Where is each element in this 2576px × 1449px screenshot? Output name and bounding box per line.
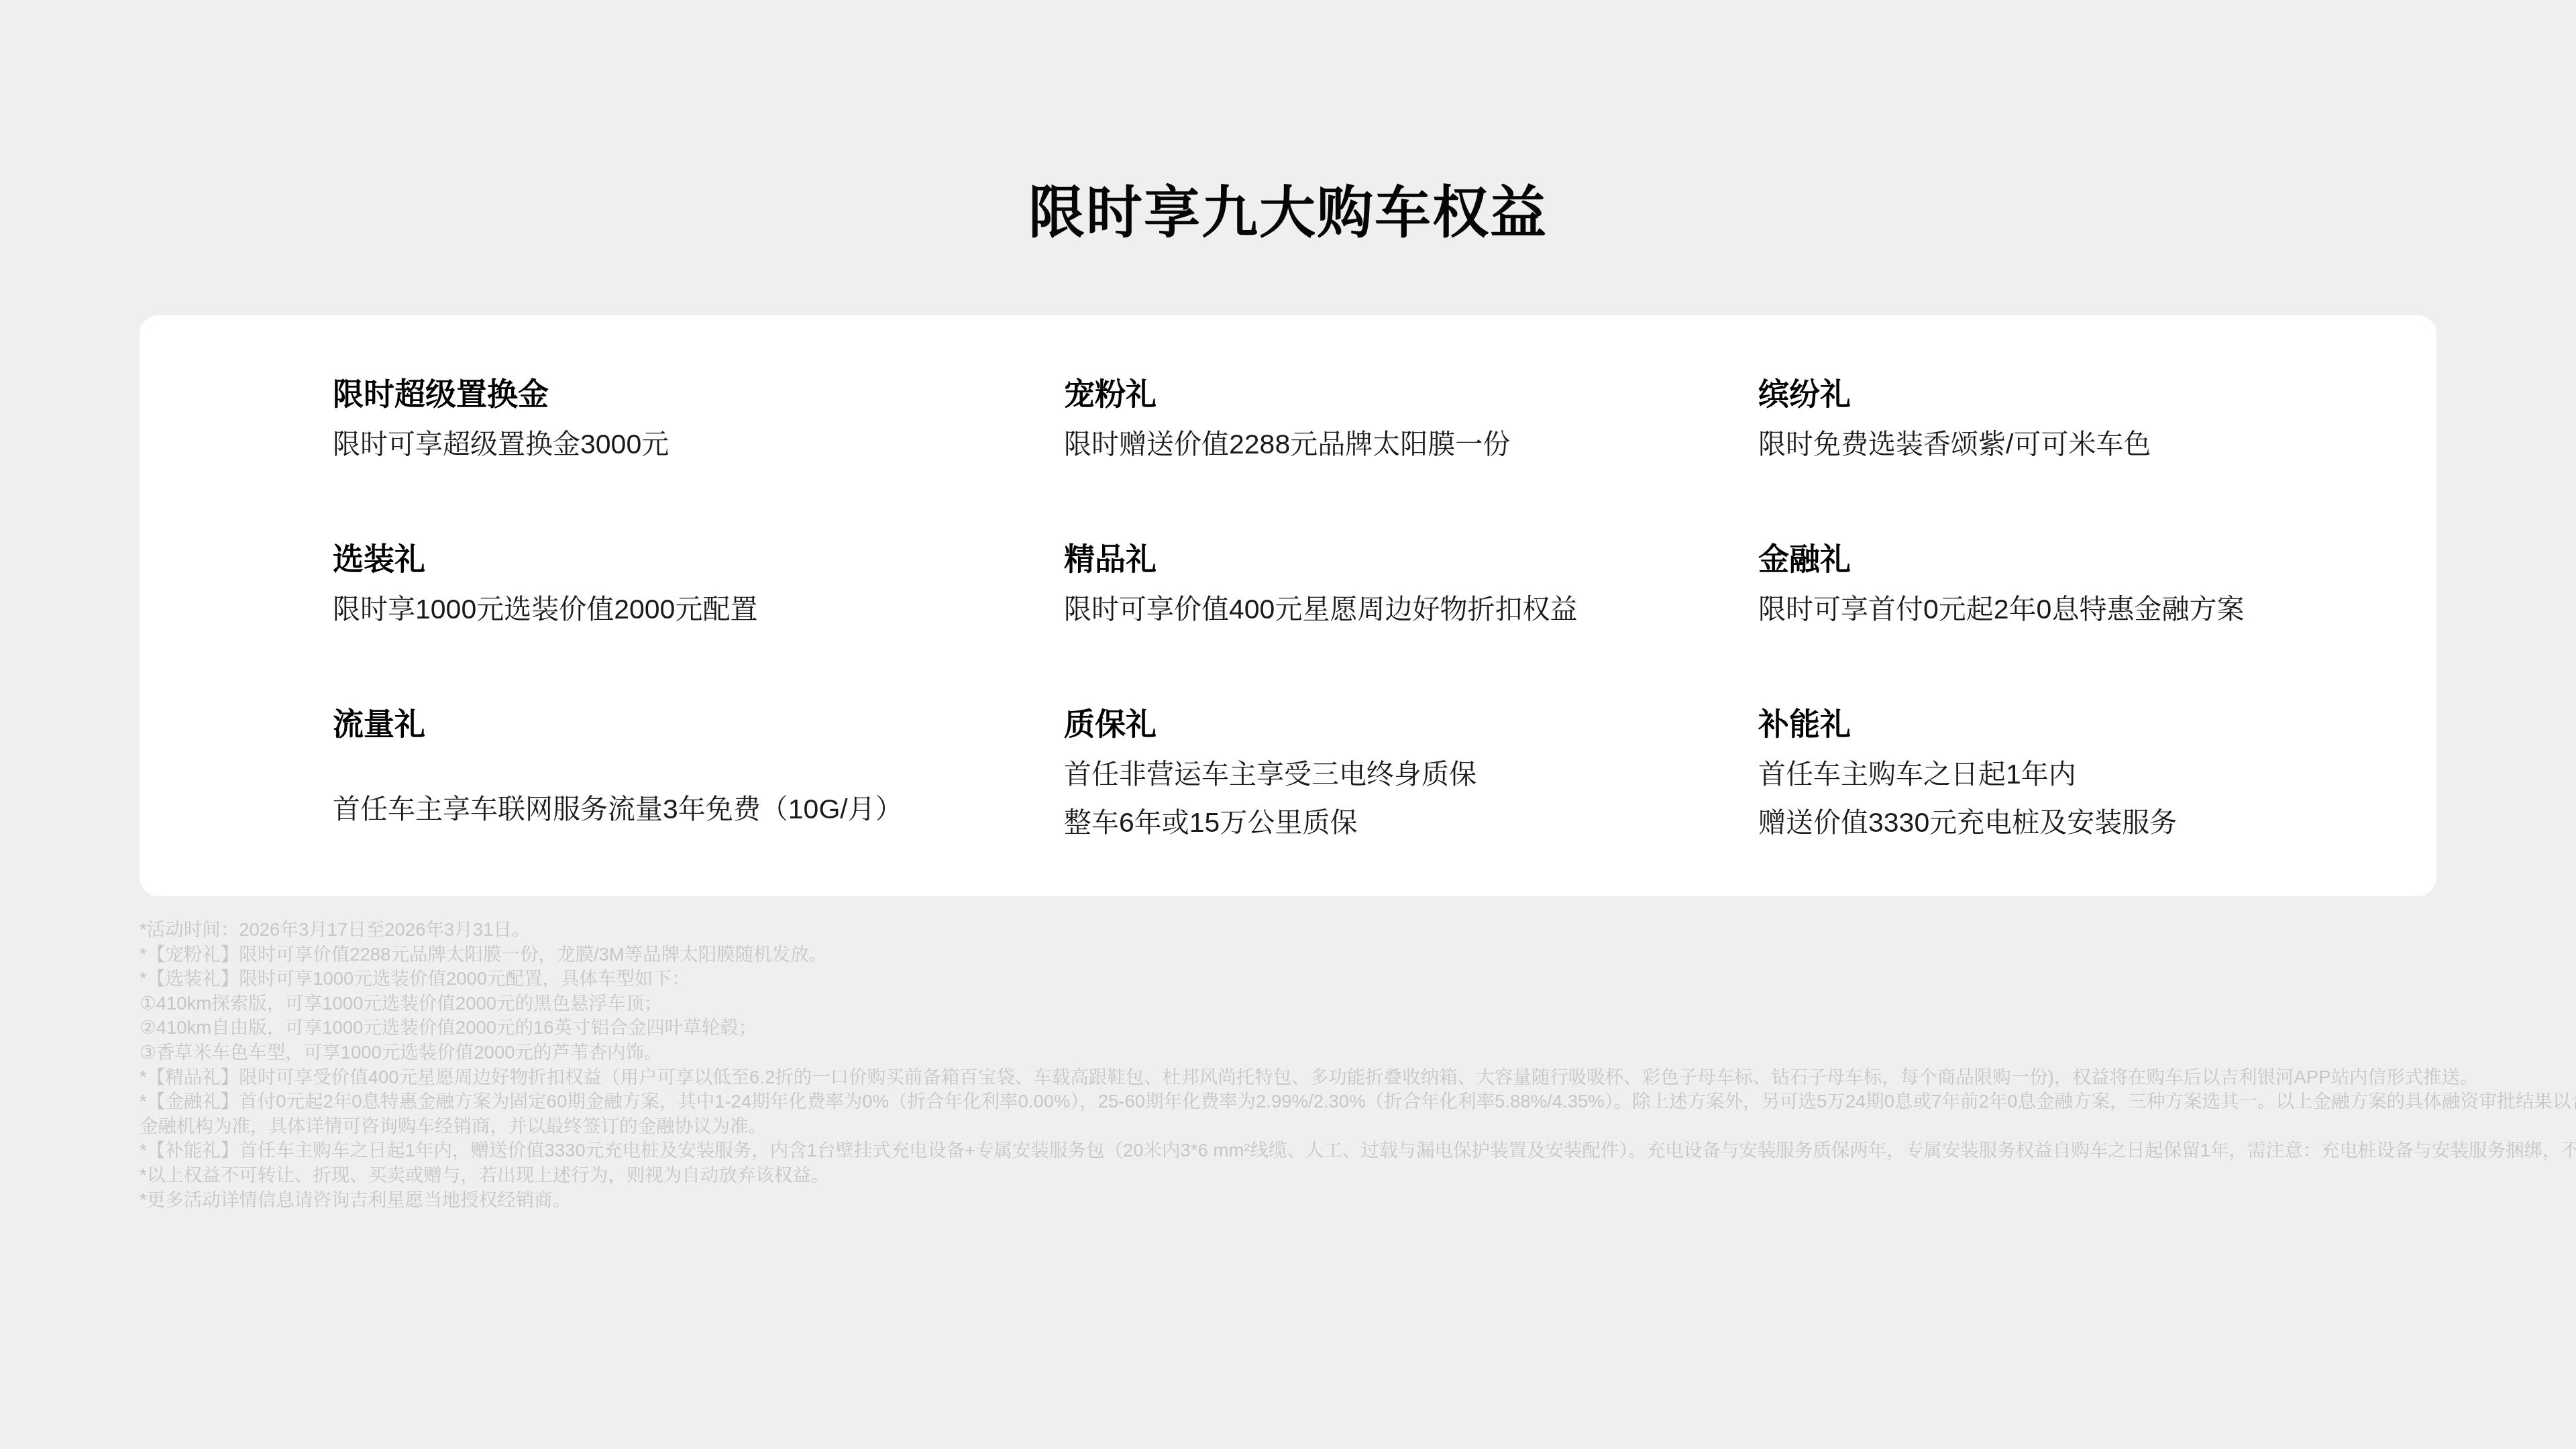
benefit-desc: 限时可享价值400元星愿周边好物折扣权益 [1064, 585, 1758, 633]
benefit-item-boutique-gift: 精品礼 限时可享价值400元星愿周边好物折扣权益 [1064, 539, 1758, 633]
benefit-title: 宠粉礼 [1064, 374, 1758, 413]
footnotes-block: *活动时间：2026年3月17日至2026年3月31日。 *【宠粉礼】限时可享价… [140, 918, 2576, 1212]
benefit-item-fan-gift: 宠粉礼 限时赠送价值2288元品牌太阳膜一份 [1064, 374, 1758, 468]
benefit-desc: 限时可享首付0元起2年0息特惠金融方案 [1758, 585, 2436, 633]
benefit-title: 缤纷礼 [1758, 374, 2436, 413]
footnote-activity-period: *活动时间：2026年3月17日至2026年3月31日。 [140, 918, 2576, 943]
benefit-title: 限时超级置换金 [333, 374, 1064, 413]
benefit-item-option-gift: 选装礼 限时享1000元选装价值2000元配置 [333, 539, 1064, 633]
footnote-charging-gift: *【补能礼】首任车主购车之日起1年内，赠送价值3330元充电桩及安装服务，内含1… [140, 1138, 2576, 1163]
benefit-desc: 整车6年或15万公里质保 [1064, 798, 1758, 847]
benefit-title: 补能礼 [1758, 704, 2436, 743]
benefit-title: 质保礼 [1064, 704, 1758, 743]
benefit-title: 流量礼 [333, 704, 1064, 743]
benefit-desc: 限时免费选装香颂紫/可可米车色 [1758, 420, 2436, 468]
benefit-desc: 限时赠送价值2288元品牌太阳膜一份 [1064, 420, 1758, 468]
footnote-fan-gift: *【宠粉礼】限时可享价值2288元品牌太阳膜一份，龙膜/3M等品牌太阳膜随机发放… [140, 943, 2576, 967]
footnote-option-detail-2: ②410km自由版，可享1000元选装价值2000元的16英寸铝合金四叶草轮毂； [140, 1016, 2576, 1040]
footnote-boutique-gift: *【精品礼】限时可享受价值400元星愿周边好物折扣权益（用户可享以低至6.2折的… [140, 1065, 2576, 1090]
footnote-option-detail-1: ①410km探索版，可享1000元选装价值2000元的黑色悬浮车顶； [140, 991, 2576, 1016]
benefit-desc: 首任车主享车联网服务流量3年免费（10G/月） [333, 785, 1064, 833]
page-title: 限时享九大购车权益 [0, 176, 2576, 250]
footnote-option-gift: *【选装礼】限时可享1000元选装价值2000元配置，具体车型如下： [140, 967, 2576, 991]
benefits-grid: 限时超级置换金 限时可享超级置换金3000元 宠粉礼 限时赠送价值2288元品牌… [333, 374, 2436, 847]
benefit-item-charging-gift: 补能礼 首任车主购车之日起1年内 赠送价值3330元充电桩及安装服务 [1758, 704, 2436, 847]
benefit-item-finance-gift: 金融礼 限时可享首付0元起2年0息特惠金融方案 [1758, 539, 2436, 633]
benefit-title: 金融礼 [1758, 539, 2436, 578]
footnote-no-transfer: *以上权益不可转让、折现、买卖或赠与，若出现上述行为，则视为自动放弃该权益。 [140, 1163, 2576, 1188]
footnote-more-info: *更多活动详情信息请咨询吉利星愿当地授权经销商。 [140, 1188, 2576, 1213]
footnote-finance-gift-2: 金融机构为准，具体详情可咨询购车经销商，并以最终签订的金融协议为准。 [140, 1114, 2576, 1139]
benefit-desc: 限时可享超级置换金3000元 [333, 420, 1064, 468]
footnote-finance-gift-1: *【金融礼】首付0元起2年0息特惠金融方案为固定60期金融方案，其中1-24期年… [140, 1089, 2576, 1114]
benefit-item-trade-in: 限时超级置换金 限时可享超级置换金3000元 [333, 374, 1064, 468]
benefit-item-color-gift: 缤纷礼 限时免费选装香颂紫/可可米车色 [1758, 374, 2436, 468]
benefit-item-data-gift: 流量礼 首任车主享车联网服务流量3年免费（10G/月） [333, 704, 1064, 847]
benefit-title: 精品礼 [1064, 539, 1758, 578]
benefit-title: 选装礼 [333, 539, 1064, 578]
benefit-desc: 首任非营运车主享受三电终身质保 [1064, 750, 1758, 798]
benefit-item-warranty-gift: 质保礼 首任非营运车主享受三电终身质保 整车6年或15万公里质保 [1064, 704, 1758, 847]
benefit-desc: 限时享1000元选装价值2000元配置 [333, 585, 1064, 633]
benefit-desc: 首任车主购车之日起1年内 [1758, 750, 2436, 798]
footnote-option-detail-3: ③香草米车色车型，可享1000元选装价值2000元的芦苇杏内饰。 [140, 1040, 2576, 1065]
benefit-desc: 赠送价值3330元充电桩及安装服务 [1758, 798, 2436, 847]
benefits-card: 限时超级置换金 限时可享超级置换金3000元 宠粉礼 限时赠送价值2288元品牌… [140, 315, 2436, 896]
promo-page: 限时享九大购车权益 限时超级置换金 限时可享超级置换金3000元 宠粉礼 限时赠… [0, 0, 2576, 1449]
